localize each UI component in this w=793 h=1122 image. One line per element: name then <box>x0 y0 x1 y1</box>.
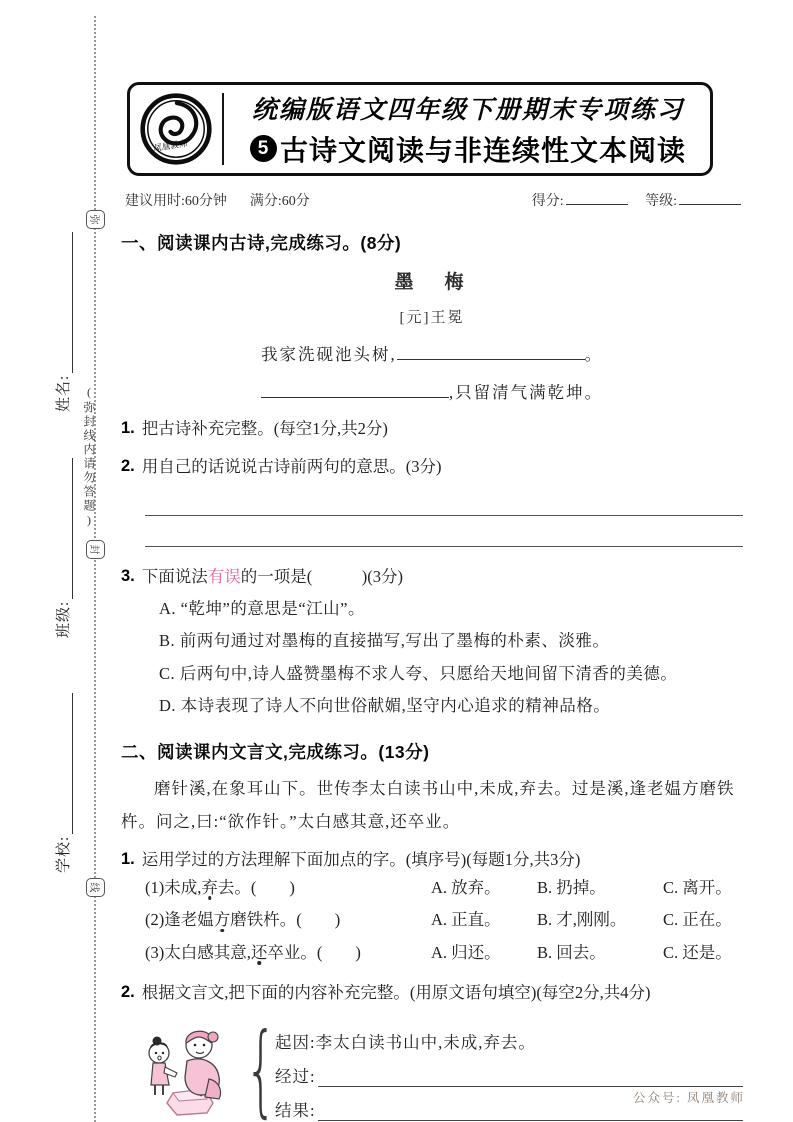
unit-title-row: 5 古诗文阅读与非连续性文本阅读 <box>236 129 700 169</box>
process-write-line <box>318 1069 743 1087</box>
classical-passage: 磨针溪,在象耳山下。世传李太白读书山中,未成,弃去。过是溪,逢老媪方磨铁杵。问之… <box>121 772 743 838</box>
sealing-dotted-line <box>94 16 96 1122</box>
header-banner: 凤凰教师 统编版语文四年级下册期末专项练习 5 古诗文阅读与非连续性文本阅读 <box>127 82 713 176</box>
score-grade-fields: 得分: 等级: <box>532 190 741 210</box>
fold-seal-icon: 弥 <box>86 210 105 229</box>
school-field: 学校: <box>51 693 73 873</box>
option-b: B. 才,刚刚。 <box>537 904 663 937</box>
option-b: B. 前两句通过对墨梅的直接描写,写出了墨梅的朴素、淡雅。 <box>159 625 743 658</box>
section2-heading: 二、阅读课内文言文,完成练习。(13分) <box>121 739 743 764</box>
fold-seal-icon: 线 <box>86 878 105 897</box>
option-a: A. 正直。 <box>431 904 537 937</box>
name-field: 姓名: <box>51 232 73 412</box>
class-label: 班级: <box>52 601 73 638</box>
option-a: A. “乾坤”的意思是“江山”。 <box>159 593 743 626</box>
s2-question-1: 1. 运用学过的方法理解下面加点的字。(填序号)(每题1分,共3分) <box>121 848 743 872</box>
unit-title: 古诗文阅读与非连续性文本阅读 <box>280 129 686 169</box>
score-label: 得分: <box>532 194 564 209</box>
s1-question-2: 2. 用自己的话说说古诗前两句的意思。(3分) <box>121 455 743 479</box>
option-b: B. 扔掉。 <box>537 872 663 905</box>
answer-line <box>145 485 743 516</box>
process-row: 经过: <box>275 1053 743 1087</box>
poem-title: 墨 梅 <box>121 267 743 294</box>
option-c: C. 正在。 <box>663 904 743 937</box>
option-d: D. 本诗表现了诗人不向世俗献媚,坚守内心追求的精神品格。 <box>159 690 743 723</box>
header-divider <box>222 93 224 165</box>
option-a: A. 归还。 <box>431 937 537 970</box>
option-c: C. 离开。 <box>663 872 743 905</box>
option-a: A. 放弃。 <box>431 872 537 905</box>
wechat-account-note: 公众号: 凤凰教师 <box>633 1088 745 1106</box>
series-title: 统编版语文四年级下册期末专项练习 <box>236 90 700 126</box>
full-score: 满分:60分 <box>250 194 310 209</box>
school-write-line <box>58 693 73 834</box>
time-and-score-note: 建议用时:60分钟 满分:60分 <box>125 190 310 210</box>
school-label: 学校: <box>52 836 73 873</box>
poem-block: 墨 梅 [元]王冕 我家洗砚池头树,。 ,只留清气满乾坤。 <box>121 267 743 403</box>
s1-question-1: 1. 把古诗补充完整。(每空1分,共2分) <box>121 417 743 441</box>
cause-text: 李太白读书山中,未成,弃去。 <box>316 1029 536 1053</box>
grandma-grinding-illustration <box>143 1015 235 1122</box>
worksheet-page: 凤凰教师 统编版语文四年级下册期末专项练习 5 古诗文阅读与非连续性文本阅读 建… <box>121 82 743 1122</box>
s1-question-3: 3. 下面说法有误的一项是( )(3分) <box>121 565 743 589</box>
answer-line <box>145 516 743 547</box>
s2-q1-item-3: (3)太白感其意,还卒业。( ) A. 归还。 B. 回去。 C. 还是。 <box>121 937 743 970</box>
name-label: 姓名: <box>52 375 73 412</box>
name-write-line <box>58 232 73 373</box>
poem-line-1: 我家洗砚池头树,。 <box>121 341 743 365</box>
section1-heading: 一、阅读课内古诗,完成练习。(8分) <box>121 230 743 255</box>
logo-text: 凤凰教师 <box>152 138 190 153</box>
dotted-character: 还 <box>251 943 268 962</box>
s2-q1-item-1: (1)未成,弃去。( ) A. 放弃。 B. 扔掉。 C. 离开。 <box>121 872 743 905</box>
poem-blank-2 <box>261 383 449 398</box>
header-titles: 统编版语文四年级下册期末专项练习 5 古诗文阅读与非连续性文本阅读 <box>236 90 700 169</box>
unit-number-badge: 5 <box>250 135 277 162</box>
s1-q3-options: A. “乾坤”的意思是“江山”。 B. 前两句通过对墨梅的直接描写,写出了墨梅的… <box>159 593 743 723</box>
s2-question-2: 2. 根据文言文,把下面的内容补充完整。(用原文语句填空)(每空2分,共4分) <box>121 981 743 1005</box>
fold-seal-icon: 封 <box>86 540 105 559</box>
s2-q1-item-2: (2)逢老媪方磨铁杵。( ) A. 正直。 B. 才,刚刚。 C. 正在。 <box>121 904 743 937</box>
dotted-character: 方 <box>214 910 231 929</box>
dotted-character: 弃 <box>201 878 218 897</box>
poem-line-2: ,只留清气满乾坤。 <box>121 379 743 403</box>
class-field: 班级: <box>51 458 73 638</box>
score-write-line <box>566 191 628 205</box>
option-c: C. 后两句中,诗人盛赞墨梅不求人夸、只愿给天地间留下清香的美德。 <box>159 658 743 691</box>
option-b: B. 回去。 <box>537 937 663 970</box>
option-c: C. 还是。 <box>663 937 743 970</box>
grade-label: 等级: <box>645 194 677 209</box>
meta-row: 建议用时:60分钟 满分:60分 得分: 等级: <box>125 190 741 210</box>
sealing-line-note: (弥封线内请勿答题) <box>81 385 98 529</box>
poem-author: [元]王冕 <box>121 306 743 327</box>
cause-row: 起因: 李太白读书山中,未成,弃去。 <box>275 1019 743 1053</box>
grade-write-line <box>679 191 741 205</box>
poem-blank-1 <box>397 345 585 360</box>
highlight-youwu: 有误 <box>208 567 241 586</box>
class-write-line <box>58 458 73 599</box>
brace-glyph: { <box>245 1022 265 1117</box>
suggested-time: 建议用时:60分钟 <box>125 194 227 209</box>
publisher-logo-icon: 凤凰教师 <box>138 92 214 166</box>
